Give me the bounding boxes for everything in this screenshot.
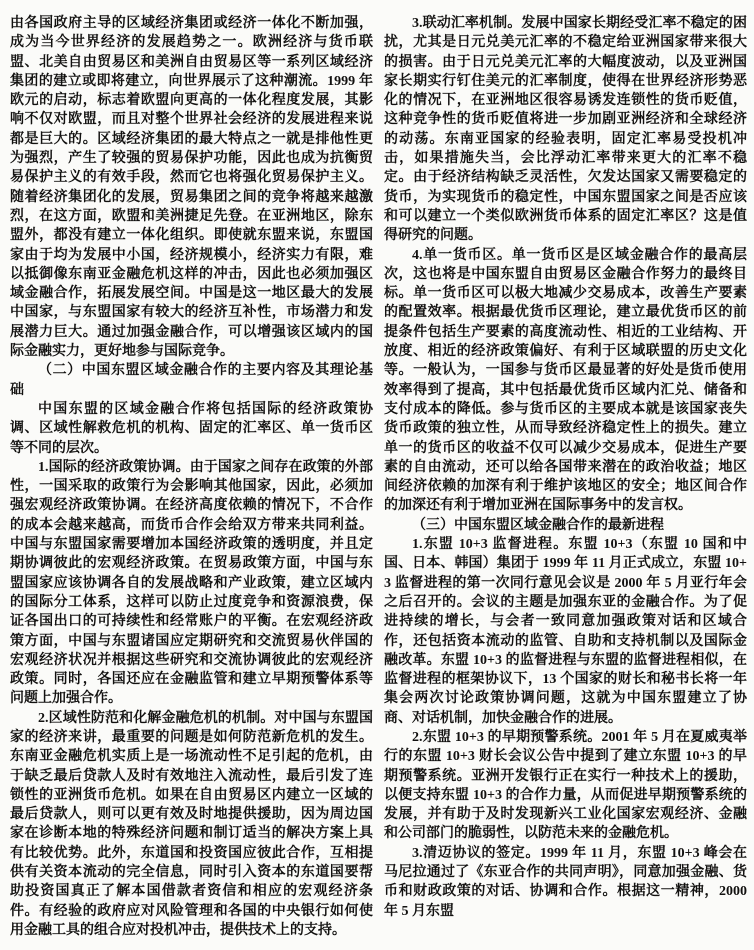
paragraph: 4.单一货币区。单一货币区是区域金融合作的最高层次，这也将是中国东盟自由贸易区金… [384, 246, 747, 516]
paragraph: 3.清迈协议的签定。1999 年 11 月，东盟 10+3 峰会在马尼拉通过了《… [384, 844, 747, 921]
paragraph: 由各国政府主导的区域经济集团或经济一体化不断加强，成为当今世界经济的发展趋势之一… [10, 14, 373, 361]
right-column: 3.联动汇率机制。发展中国家长期经受汇率不稳定的困扰，尤其是日元兑美元汇率的不稳… [384, 14, 747, 940]
paragraph: 2.区域性防范和化解金融危机的机制。对中国与东盟国家的经济来讲，最重要的问题是如… [10, 709, 373, 941]
paragraph: 2.东盟 10+3 的早期预警系统。2001 年 5 月在夏威夷举行的东盟 10… [384, 728, 747, 844]
two-column-layout: 由各国政府主导的区域经济集团或经济一体化不断加强，成为当今世界经济的发展趋势之一… [10, 14, 747, 940]
left-column: 由各国政府主导的区域经济集团或经济一体化不断加强，成为当今世界经济的发展趋势之一… [10, 14, 373, 940]
section-heading: （二）中国东盟区域金融合作的主要内容及其理论基础 [10, 361, 373, 400]
paragraph: 3.联动汇率机制。发展中国家长期经受汇率不稳定的困扰，尤其是日元兑美元汇率的不稳… [384, 14, 747, 246]
paragraph: 1.国际的经济政策协调。由于国家之间存在政策的外部性，一国采取的政策行为会影响其… [10, 458, 373, 709]
section-heading: （三）中国东盟区域金融合作的最新进程 [384, 516, 747, 535]
paragraph: 中国东盟的区域金融合作将包括国际的经济政策协调、区域性解救危机的机构、固定的汇率… [10, 400, 373, 458]
document-page: 由各国政府主导的区域经济集团或经济一体化不断加强，成为当今世界经济的发展趋势之一… [0, 0, 754, 950]
paragraph: 1.东盟 10+3 监督进程。东盟 10+3（东盟 10 国和中国、日本、韩国）… [384, 535, 747, 728]
